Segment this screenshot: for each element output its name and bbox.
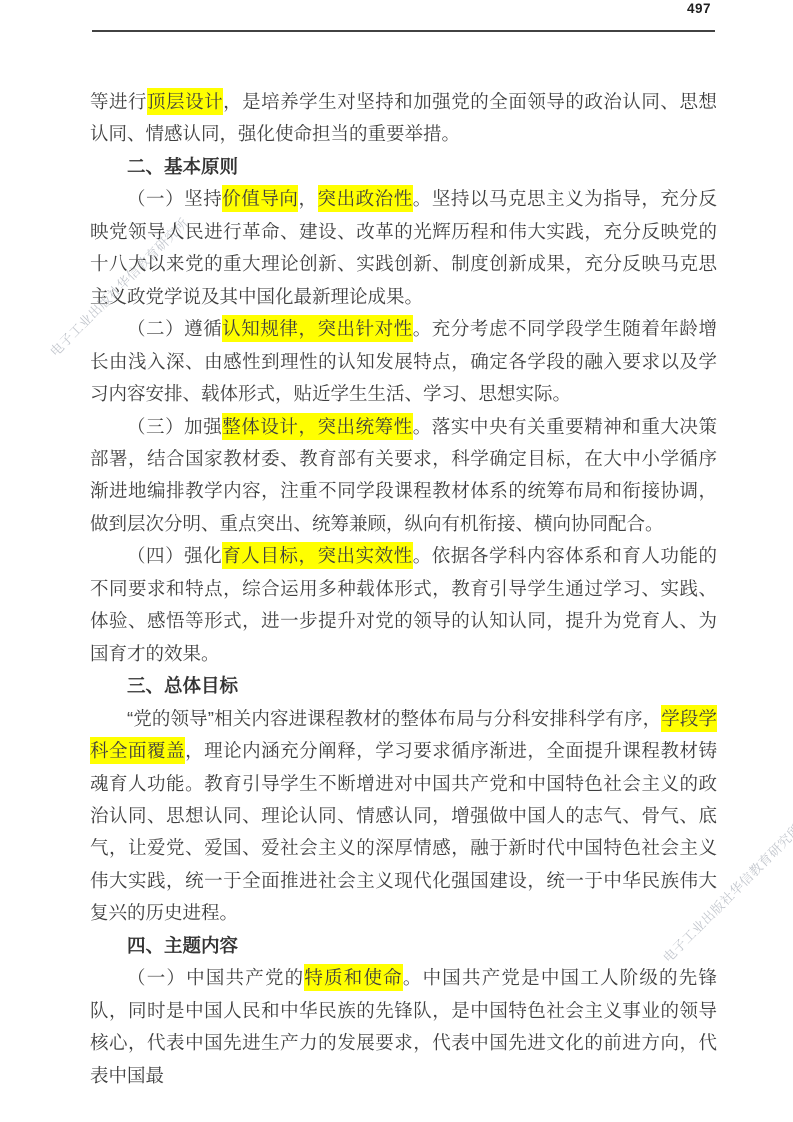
text-run: （三）加强: [127, 416, 222, 437]
paragraph: （二）遵循认知规律，突出针对性。充分考虑不同学段学生随着年龄增长由浅入深、由感性…: [90, 313, 717, 410]
text-run: “党的领导”相关内容进课程教材的整体布局与分科安排科学有序，: [127, 708, 661, 729]
section-heading: 二、基本原则: [90, 151, 717, 183]
text-run: （二）遵循: [127, 318, 222, 339]
paragraph: “党的领导”相关内容进课程教材的整体布局与分科安排科学有序，学段学科全面覆盖，理…: [90, 703, 717, 930]
text-run: 四、主题内容: [127, 935, 238, 956]
text-run: 三、总体目标: [127, 675, 238, 696]
highlighted-text: 突出政治性: [318, 185, 413, 212]
highlighted-text: 认知规律，突出针对性: [222, 315, 413, 342]
text-run: （一）坚持: [127, 188, 222, 209]
paragraph: 等进行顶层设计，是培养学生对坚持和加强党的全面领导的政治认同、思想认同、情感认同…: [90, 86, 717, 151]
section-heading: 三、总体目标: [90, 670, 717, 702]
highlighted-text: 育人目标，突出实效性: [222, 542, 413, 569]
paragraph: （三）加强整体设计，突出统筹性。落实中央有关重要精神和重大决策部署，结合国家教材…: [90, 411, 717, 541]
highlighted-text: 顶层设计: [147, 88, 223, 115]
document-page: { "page": { "number": "497" }, "watermar…: [0, 0, 793, 1122]
text-run: （一）中国共产党的: [127, 967, 304, 988]
highlighted-text: 特质和使命: [304, 964, 403, 991]
text-run: ，理论内涵充分阐释，学习要求循序渐进，全面提升课程教材铸魂育人功能。教育引导学生…: [90, 740, 717, 923]
highlighted-text: 价值导向: [222, 185, 298, 212]
highlighted-text: 整体设计，突出统筹性: [222, 413, 413, 440]
text-run: 二、基本原则: [127, 156, 238, 177]
header-rule: [92, 30, 715, 32]
text-run: ，: [298, 188, 317, 209]
section-heading: 四、主题内容: [90, 930, 717, 962]
paragraph: （一）坚持价值导向，突出政治性。坚持以马克思主义为指导，充分反映党领导人民进行革…: [90, 183, 717, 313]
text-run: 等进行: [90, 91, 147, 112]
paragraph: （一）中国共产党的特质和使命。中国共产党是中国工人阶级的先锋队，同时是中国人民和…: [90, 962, 717, 1092]
page-number: 497: [687, 1, 711, 16]
content-area: 等进行顶层设计，是培养学生对坚持和加强党的全面领导的政治认同、思想认同、情感认同…: [90, 86, 717, 1092]
text-run: （四）强化: [127, 545, 222, 566]
paragraph: （四）强化育人目标，突出实效性。依据各学科内容体系和育人功能的不同要求和特点，综…: [90, 540, 717, 670]
